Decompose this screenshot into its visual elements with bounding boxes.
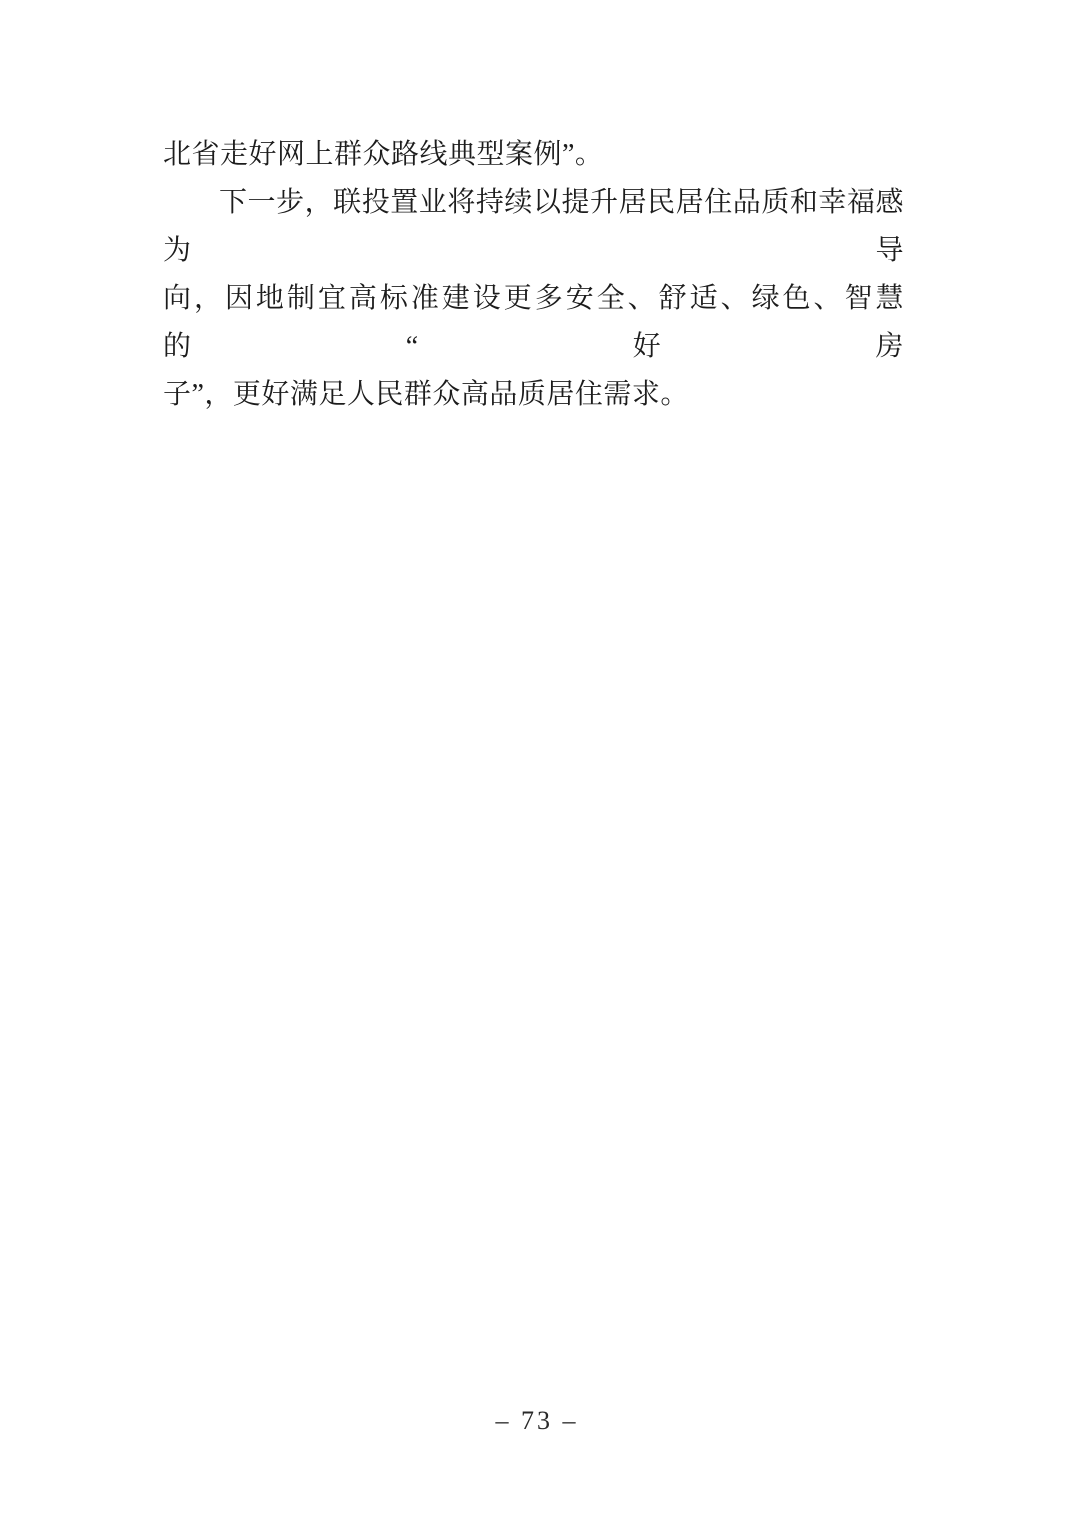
- document-page: 北省走好网上群众路线典型案例”。 下一步，联投置业将持续以提升居民居住品质和幸福…: [0, 0, 1074, 1520]
- page-number: – 73 –: [0, 1404, 1074, 1438]
- text-line-4: 子”，更好满足人民群众高品质居住需求。: [163, 371, 904, 419]
- text-line-2: 下一步，联投置业将持续以提升居民居住品质和幸福感为导: [163, 179, 904, 275]
- text-line-3: 向，因地制宜高标准建设更多安全、舒适、绿色、智慧的“好房: [163, 275, 904, 371]
- body-text: 北省走好网上群众路线典型案例”。 下一步，联投置业将持续以提升居民居住品质和幸福…: [163, 131, 904, 419]
- text-line-1: 北省走好网上群众路线典型案例”。: [163, 131, 904, 179]
